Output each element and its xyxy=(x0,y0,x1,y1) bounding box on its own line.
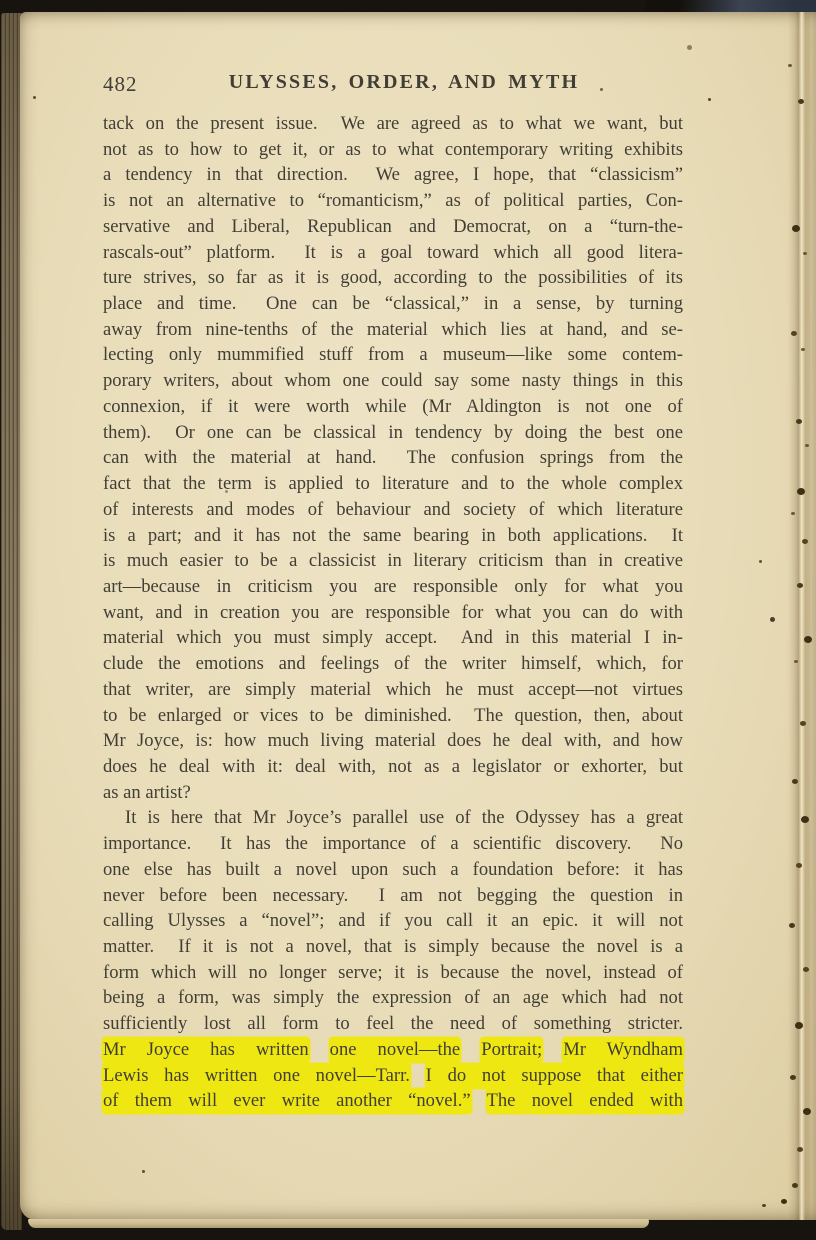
page-number: 482 xyxy=(103,72,138,97)
stacked-page-edges xyxy=(28,1219,649,1228)
text-segment: importance. It has the importance of a s… xyxy=(103,833,683,854)
highlighted-text: Portrait; xyxy=(481,1039,542,1060)
text-line: form which will no longer serve; it is b… xyxy=(103,960,683,986)
text-line: connexion, if it were worth while (Mr Al… xyxy=(103,394,683,420)
text-segment: porary writers, about whom one could say… xyxy=(103,370,683,391)
highlighted-text: Mr Joyce has written xyxy=(103,1039,309,1060)
text-line: one else has built a novel upon such a f… xyxy=(103,857,683,883)
book-page: 482 ULYSSES, ORDER, AND MYTH tack on the… xyxy=(20,12,816,1220)
text-segment: fact that the term is applied to literat… xyxy=(103,473,683,494)
text-line: to be enlarged or vices to be diminished… xyxy=(103,703,683,729)
text-line: of them will ever write another “novel.”… xyxy=(103,1088,683,1114)
paper-specks xyxy=(20,12,23,15)
text-segment xyxy=(410,1065,426,1086)
text-segment: never before been necessary. I am not be… xyxy=(103,885,683,906)
text-segment: matter. If it is not a novel, that is si… xyxy=(103,936,683,957)
text-segment xyxy=(542,1039,563,1060)
text-line: Mr Joyce has written one novel—the Portr… xyxy=(103,1037,683,1063)
text-segment: a tendency in that direction. We agree, … xyxy=(103,164,683,185)
text-line: rascals-out” platform. It is a goal towa… xyxy=(103,240,683,266)
highlighted-text: of them will ever write another “novel.” xyxy=(103,1090,471,1111)
text-segment: is not an alternative to “romanticism,” … xyxy=(103,190,683,211)
text-line: can with the material at hand. The confu… xyxy=(103,445,683,471)
running-title: ULYSSES, ORDER, AND MYTH xyxy=(103,71,683,94)
text-line: art—because in criticism you are respons… xyxy=(103,574,683,600)
text-line: away from nine-tenths of the material wh… xyxy=(103,317,683,343)
text-line: of interests and modes of behaviour and … xyxy=(103,497,683,523)
text-line: calling Ulysses a “novel”; and if you ca… xyxy=(103,908,683,934)
text-line: fact that the term is applied to literat… xyxy=(103,471,683,497)
text-segment xyxy=(460,1039,481,1060)
text-line: porary writers, about whom one could say… xyxy=(103,368,683,394)
text-line: being a form, was simply the expression … xyxy=(103,985,683,1011)
text-segment: one else has built a novel upon such a f… xyxy=(103,859,683,880)
text-line: sufficiently lost all form to feel the n… xyxy=(103,1011,683,1037)
text-segment: rascals-out” platform. It is a goal towa… xyxy=(103,242,683,263)
text-segment: being a form, was simply the expression … xyxy=(103,987,683,1008)
text-line: importance. It has the importance of a s… xyxy=(103,831,683,857)
page-crease-edge xyxy=(788,12,810,1220)
highlighted-text: The novel ended with xyxy=(487,1090,683,1111)
text-segment: place and time. One can be “classical,” … xyxy=(103,293,683,314)
text-line: does he deal with it: deal with, not as … xyxy=(103,754,683,780)
text-line: tack on the present issue. We are agreed… xyxy=(103,111,683,137)
text-line: not as to how to get it, or as to what c… xyxy=(103,137,683,163)
text-line: It is here that Mr Joyce’s parallel use … xyxy=(103,805,683,831)
text-segment: art—because in criticism you are respons… xyxy=(103,576,683,597)
text-segment: them). Or one can be classical in tenden… xyxy=(103,422,683,443)
text-segment: tack on the present issue. We are agreed… xyxy=(103,113,683,134)
text-segment: servative and Liberal, Republican and De… xyxy=(103,216,683,237)
text-segment: can with the material at hand. The confu… xyxy=(103,447,683,468)
text-line: them). Or one can be classical in tenden… xyxy=(103,420,683,446)
text-line: place and time. One can be “classical,” … xyxy=(103,291,683,317)
text-segment: is much easier to be a classicist in lit… xyxy=(103,550,683,571)
text-segment: to be enlarged or vices to be diminished… xyxy=(103,705,683,726)
text-line: lecting only mummified stuff from a muse… xyxy=(103,342,683,368)
text-segment: material which you must simply accept. A… xyxy=(103,627,683,648)
text-segment: lecting only mummified stuff from a muse… xyxy=(103,344,683,365)
text-line: is a part; and it has not the same beari… xyxy=(103,523,683,549)
text-segment: not as to how to get it, or as to what c… xyxy=(103,139,683,160)
text-segment: clude the emotions and feelings of the w… xyxy=(103,653,683,674)
text-line: Lewis has written one novel—Tarr. I do n… xyxy=(103,1063,683,1089)
text-line: want, and in creation you are responsibl… xyxy=(103,600,683,626)
page-header: 482 ULYSSES, ORDER, AND MYTH xyxy=(103,71,683,99)
text-line: servative and Liberal, Republican and De… xyxy=(103,214,683,240)
text-segment: Mr Joyce, is: how much living material d… xyxy=(103,730,683,751)
text-segment: sufficiently lost all form to feel the n… xyxy=(103,1013,683,1034)
text-segment: does he deal with it: deal with, not as … xyxy=(103,756,683,777)
text-line: is much easier to be a classicist in lit… xyxy=(103,548,683,574)
text-segment: as an artist? xyxy=(103,782,191,803)
scanned-book-photo: 482 ULYSSES, ORDER, AND MYTH tack on the… xyxy=(0,0,816,1240)
text-line: material which you must simply accept. A… xyxy=(103,625,683,651)
text-line: as an artist? xyxy=(103,780,683,806)
text-line: Mr Joyce, is: how much living material d… xyxy=(103,728,683,754)
text-segment: calling Ulysses a “novel”; and if you ca… xyxy=(103,910,683,931)
text-line: is not an alternative to “romanticism,” … xyxy=(103,188,683,214)
text-segment xyxy=(309,1039,330,1060)
text-segment: that writer, are simply material which h… xyxy=(103,679,683,700)
text-segment xyxy=(471,1090,487,1111)
text-block: tack on the present issue. We are agreed… xyxy=(103,111,683,1114)
text-line: that writer, are simply material which h… xyxy=(103,677,683,703)
text-segment: form which will no longer serve; it is b… xyxy=(103,962,683,983)
text-line: matter. If it is not a novel, that is si… xyxy=(103,934,683,960)
highlighted-text: Mr Wyndham xyxy=(563,1039,683,1060)
highlighted-text: Lewis has written one novel—Tarr. xyxy=(103,1065,410,1086)
text-segment: away from nine-tenths of the material wh… xyxy=(103,319,683,340)
book-spine-edge xyxy=(1,13,22,1230)
text-segment: connexion, if it were worth while (Mr Al… xyxy=(103,396,683,417)
text-segment: is a part; and it has not the same beari… xyxy=(103,525,683,546)
text-line: ture strives, so far as it is good, acco… xyxy=(103,265,683,291)
highlighted-text: one novel—the xyxy=(330,1039,461,1060)
text-segment: of interests and modes of behaviour and … xyxy=(103,499,683,520)
highlighted-text: I do not suppose that either xyxy=(426,1065,683,1086)
text-segment: ture strives, so far as it is good, acco… xyxy=(103,267,683,288)
text-line: clude the emotions and feelings of the w… xyxy=(103,651,683,677)
text-line: a tendency in that direction. We agree, … xyxy=(103,162,683,188)
text-segment: It is here that Mr Joyce’s parallel use … xyxy=(125,807,683,828)
text-segment: want, and in creation you are responsibl… xyxy=(103,602,683,623)
text-line: never before been necessary. I am not be… xyxy=(103,883,683,909)
